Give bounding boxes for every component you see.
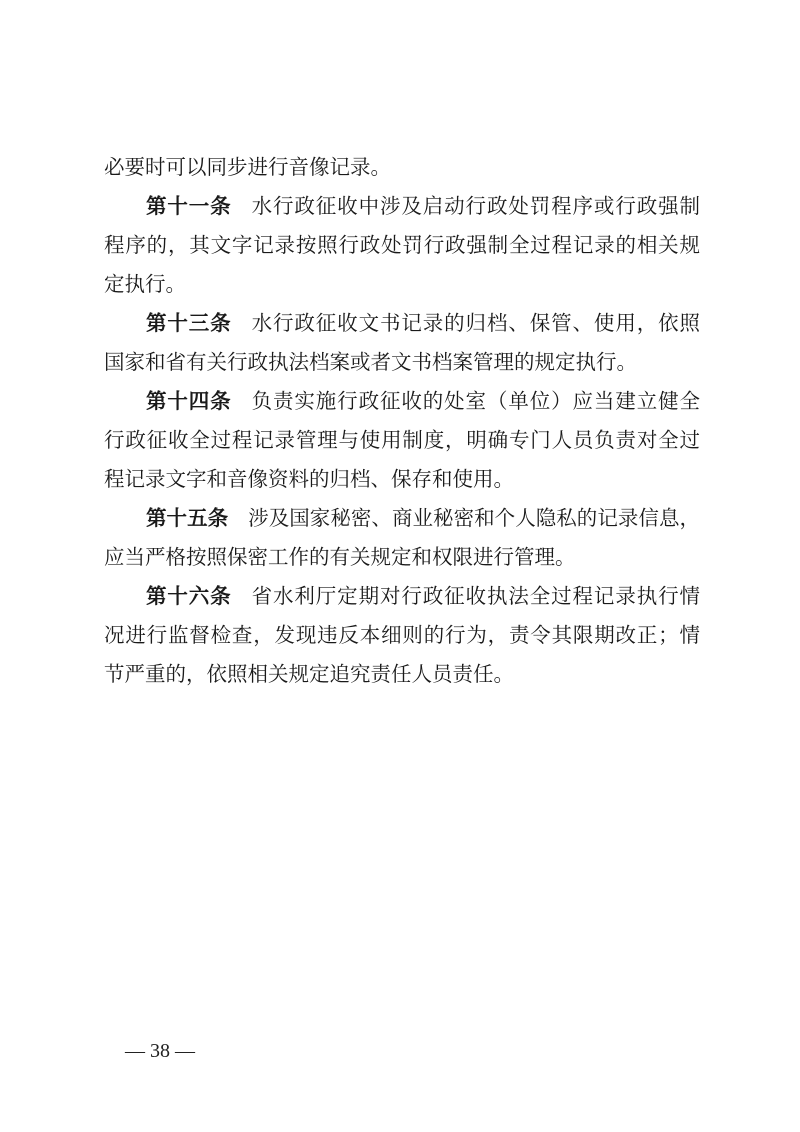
text-line: 必要时可以同步进行音像记录。 <box>104 148 700 187</box>
article-heading: 第十五条 <box>146 506 228 530</box>
document-body: 必要时可以同步进行音像记录。 第十一条水行政征收中涉及启动行政处罚程序或行政强制… <box>104 148 700 694</box>
article-text: 负责实施行政征收的处室（单位）应当建立健全 <box>252 389 700 413</box>
text-line: 定执行。 <box>104 265 700 304</box>
text-line: 国家和省有关行政执法档案或者文书档案管理的规定执行。 <box>104 343 700 382</box>
text-line: 况进行监督检查，发现违反本细则的行为，责令其限期改正；情 <box>104 616 700 655</box>
article-15-line: 第十五条涉及国家秘密、商业秘密和个人隐私的记录信息， <box>104 499 700 538</box>
article-text: 水行政征收中涉及启动行政处罚程序或行政强制 <box>252 194 700 218</box>
text-line: 程记录文字和音像资料的归档、保存和使用。 <box>104 460 700 499</box>
article-heading: 第十四条 <box>146 389 232 413</box>
article-heading: 第十三条 <box>146 311 232 335</box>
text-line: 节严重的，依照相关规定追究责任人员责任。 <box>104 655 700 694</box>
article-text: 涉及国家秘密、商业秘密和个人隐私的记录信息， <box>248 506 700 530</box>
article-11-line: 第十一条水行政征收中涉及启动行政处罚程序或行政强制 <box>104 187 700 226</box>
text-line: 行政征收全过程记录管理与使用制度，明确专门人员负责对全过 <box>104 421 700 460</box>
article-16-line: 第十六条省水利厅定期对行政征收执法全过程记录执行情 <box>104 577 700 616</box>
article-text: 水行政征收文书记录的归档、保管、使用，依照 <box>252 311 700 335</box>
text-line: 程序的，其文字记录按照行政处罚行政强制全过程记录的相关规 <box>104 226 700 265</box>
article-heading: 第十一条 <box>146 194 232 218</box>
page-number: — 38 — <box>125 1040 195 1063</box>
article-heading: 第十六条 <box>146 584 232 608</box>
article-14-line: 第十四条负责实施行政征收的处室（单位）应当建立健全 <box>104 382 700 421</box>
text-line: 应当严格按照保密工作的有关规定和权限进行管理。 <box>104 538 700 577</box>
article-13-line: 第十三条水行政征收文书记录的归档、保管、使用，依照 <box>104 304 700 343</box>
document-page: 必要时可以同步进行音像记录。 第十一条水行政征收中涉及启动行政处罚程序或行政强制… <box>0 0 800 1132</box>
article-text: 省水利厅定期对行政征收执法全过程记录执行情 <box>252 584 700 608</box>
